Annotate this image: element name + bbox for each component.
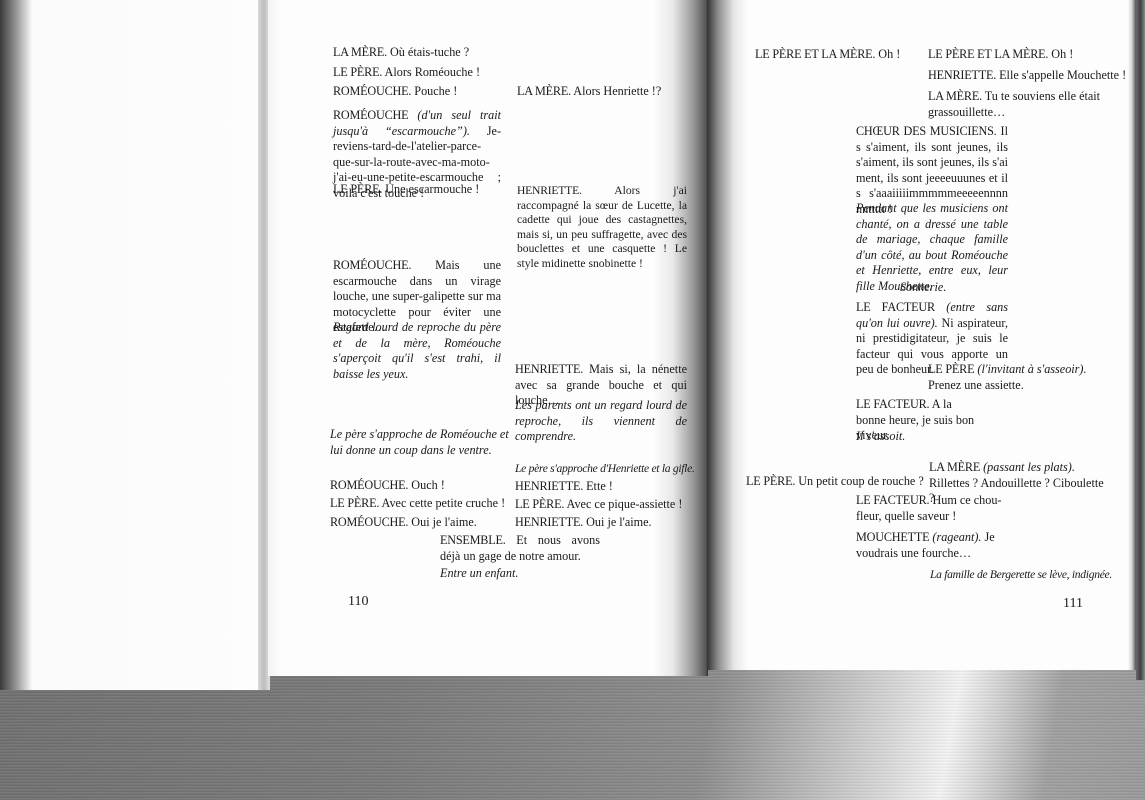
stage-direction: Le père s'approche de Roméouche et lui d… [330, 427, 510, 458]
line: HENRIETTE. Oui je l'aime. [515, 515, 652, 531]
line: LA MÈRE. Où étais-tuche ? [333, 45, 469, 61]
stage-direction: Sonnerie. [900, 280, 946, 296]
line: ROMÉOUCHE. Ouch ! [330, 478, 445, 494]
line: ROMÉOUCHE. Pouche ! [333, 84, 457, 100]
line: HENRIETTE. Elle s'appelle Mouchette ! [928, 68, 1126, 84]
line: LE PÈRE ET LA MÈRE. Oh ! [928, 47, 1073, 63]
page-number: 111 [1063, 596, 1083, 612]
line: LA MÈRE. Alors Henriette !? [517, 84, 661, 100]
line: LE PÈRE. Alors Roméouche ! [333, 65, 480, 81]
stage-direction: Entre un enfant. [440, 566, 518, 582]
line: HENRIETTE. Alors j'ai raccompagné la sœu… [517, 184, 687, 272]
line: LE PÈRE ET LA MÈRE. Oh ! [755, 47, 900, 63]
page-number: 110 [348, 594, 368, 610]
line: LE PÈRE. Avec cette petite cruche ! [330, 496, 505, 512]
previous-page-edge [0, 0, 262, 690]
line: LA MÈRE. Tu te souviens elle était grass… [928, 89, 1103, 120]
stage-direction: Regard lourd de reproche du père et de l… [333, 320, 501, 382]
stage-direction: La famille de Bergerette se lève, indign… [930, 567, 1112, 583]
line: LE PÈRE (l'invitant à s'asseoir). Prenez… [928, 362, 1103, 393]
line: LE PÈRE. Une escarmouche ! [333, 182, 479, 198]
line: LE PÈRE. Un petit coup de rouche ? [746, 474, 924, 490]
line: LE PÈRE. Avec ce pique-assiette ! [515, 497, 682, 513]
line: LE FACTEUR. Hum ce chou-fleur, quelle sa… [856, 493, 1016, 524]
stage-direction: Il s'assoit. [856, 429, 905, 445]
line: MOUCHETTE (rageant). Je voudrais une fou… [856, 530, 996, 561]
stage-direction: Le père s'approche d'Henriette et la gif… [515, 461, 695, 477]
stage-direction: Les parents ont un regard lourd de repro… [515, 398, 687, 445]
book-edge [1136, 0, 1145, 680]
line: HENRIETTE. Ette ! [515, 479, 613, 495]
line: ENSEMBLE. Et nous avons déjà un gage de … [440, 533, 600, 564]
line: ROMÉOUCHE. Oui je l'aime. [330, 515, 477, 531]
